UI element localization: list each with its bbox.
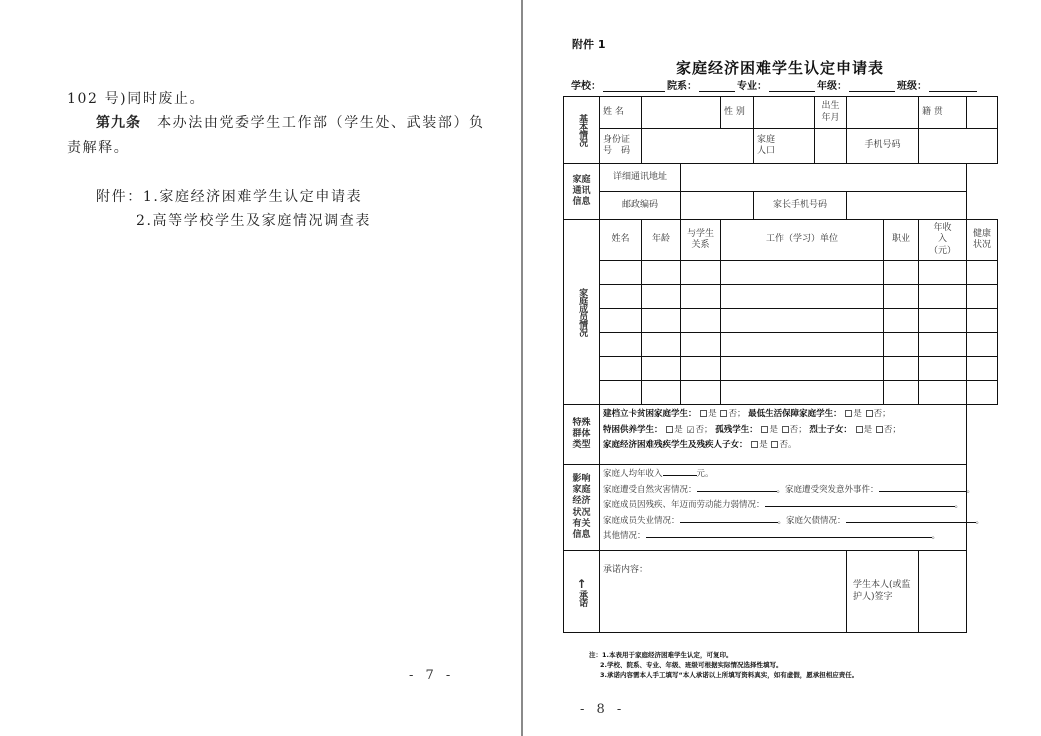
destitute-yes-checkbox[interactable] <box>666 426 673 433</box>
member-occupation-cell[interactable] <box>884 357 919 381</box>
member-relation-cell[interactable] <box>681 261 721 285</box>
member-occupation-cell[interactable] <box>884 381 919 405</box>
orphan-yes-checkbox[interactable] <box>761 426 768 433</box>
member-relation-cell[interactable] <box>681 357 721 381</box>
section-basic-info: 基本情况 <box>564 97 600 164</box>
page-number: - 7 - <box>409 668 454 683</box>
postcode-input[interactable] <box>681 192 754 220</box>
member-income-cell[interactable] <box>919 381 967 405</box>
section-economic-factors: 影响 家庭 经济 状况 有关 信息 <box>564 465 600 551</box>
member-occupation-cell[interactable] <box>884 261 919 285</box>
martyr-no-checkbox[interactable] <box>876 426 883 433</box>
member-age-cell[interactable] <box>642 333 681 357</box>
article-text: 本办法由党委学生工作部（学生处、武装部）负 <box>157 115 485 131</box>
major-input[interactable] <box>769 81 815 92</box>
member-relation-cell[interactable] <box>681 285 721 309</box>
member-occupation-cell[interactable] <box>884 309 919 333</box>
low-income-no-checkbox[interactable] <box>866 410 873 417</box>
member-health-cell[interactable] <box>967 261 998 285</box>
page-number: - 8 - <box>580 702 625 717</box>
member-name-cell[interactable] <box>600 381 642 405</box>
member-relation-cell[interactable] <box>681 309 721 333</box>
other-input[interactable] <box>646 529 932 538</box>
parent-phone-label: 家长手机号码 <box>754 192 847 220</box>
debt-input[interactable] <box>846 514 976 523</box>
col-workplace: 工作（学习）单位 <box>721 220 884 261</box>
signature-input[interactable] <box>919 551 967 633</box>
disability-input[interactable] <box>765 498 955 507</box>
birthdate-label: 出生年月 <box>815 97 847 129</box>
member-health-cell[interactable] <box>967 381 998 405</box>
member-workplace-cell[interactable] <box>721 357 884 381</box>
form-title: 家庭经济困难学生认定申请表 <box>563 57 997 78</box>
attachment-label: 附件 1 <box>572 36 605 52</box>
member-age-cell[interactable] <box>642 309 681 333</box>
member-health-cell[interactable] <box>967 333 998 357</box>
member-workplace-cell[interactable] <box>721 333 884 357</box>
household-label: 家庭 人口 <box>754 129 815 164</box>
application-form-table: 基本情况 姓 名 性 别 出生年月 籍 贯 身份证 号 码 家庭 人口 手机号码… <box>563 96 998 633</box>
phone-label: 手机号码 <box>847 129 919 164</box>
parent-phone-input[interactable] <box>847 192 967 220</box>
name-label: 姓 名 <box>600 97 642 129</box>
member-workplace-cell[interactable] <box>721 381 884 405</box>
member-relation-cell[interactable] <box>681 333 721 357</box>
article-nine: 第九条 本办法由党委学生工作部（学生处、武装部）负 <box>96 112 485 132</box>
grade-label: 年级： <box>817 77 847 92</box>
address-label: 详细通讯地址 <box>600 164 681 192</box>
paragraph-line: 责解释。 <box>67 137 129 157</box>
destitute-no-checkbox[interactable]: ☑ <box>686 428 694 435</box>
section-special-group: 特殊 群体 类型 <box>564 405 600 465</box>
article-label: 第九条 <box>96 115 141 131</box>
phone-input[interactable] <box>919 129 998 164</box>
natural-disaster-input[interactable] <box>697 483 777 492</box>
gender-label: 性 别 <box>721 97 754 129</box>
col-occupation: 职业 <box>884 220 919 261</box>
special-line-1: 建档立卡贫困家庭学生： 是 否； 最低生活保障家庭学生： 是 否； <box>603 407 963 423</box>
economic-factors-fields: 家庭人均年收入元。 家庭遭受自然灾害情况：。家庭遭受突发意外事件：。 家庭成员因… <box>600 465 967 551</box>
school-input[interactable] <box>603 81 665 92</box>
section-contact-info: 家庭 通讯 信息 <box>564 164 600 220</box>
signature-label: 学生本人(或监护人)签字 <box>847 551 919 633</box>
member-occupation-cell[interactable] <box>884 285 919 309</box>
table-row <box>564 333 998 357</box>
class-label: 班级： <box>897 77 927 92</box>
id-number-input[interactable] <box>642 129 754 164</box>
per-capita-income-input[interactable] <box>663 467 697 476</box>
paragraph-line: 102 号)同时废止。 <box>67 88 205 108</box>
gender-input[interactable] <box>754 97 815 129</box>
member-health-cell[interactable] <box>967 309 998 333</box>
member-workplace-cell[interactable] <box>721 261 884 285</box>
special-line-3: 家庭经济困难残疾学生及残疾人子女： 是 否。 <box>603 438 963 454</box>
member-income-cell[interactable] <box>919 333 967 357</box>
martyr-yes-checkbox[interactable] <box>856 426 863 433</box>
table-row <box>564 285 998 309</box>
member-age-cell[interactable] <box>642 261 681 285</box>
special-group-options: 建档立卡贫困家庭学生： 是 否； 最低生活保障家庭学生： 是 否； 特困供养学生… <box>600 405 967 465</box>
postcode-label: 邮政编码 <box>600 192 681 220</box>
unemployment-input[interactable] <box>680 514 778 523</box>
table-row <box>564 357 998 381</box>
member-name-cell[interactable] <box>600 285 642 309</box>
hometown-input[interactable] <box>967 97 998 129</box>
member-health-cell[interactable] <box>967 357 998 381</box>
member-name-cell[interactable] <box>600 333 642 357</box>
special-line-2: 特困供养学生： 是 ☑否； 孤残学生： 是 否； 烈士子女： 是 否； <box>603 423 963 439</box>
section-family-members: 家庭成员情况 <box>564 220 600 405</box>
member-workplace-cell[interactable] <box>721 309 884 333</box>
member-name-cell[interactable] <box>600 261 642 285</box>
member-age-cell[interactable] <box>642 381 681 405</box>
orphan-no-checkbox[interactable] <box>782 426 789 433</box>
table-row <box>564 381 998 405</box>
member-name-cell[interactable] <box>600 309 642 333</box>
accident-input[interactable] <box>879 483 967 492</box>
disabled-no-checkbox[interactable] <box>771 441 778 448</box>
class-input[interactable] <box>929 81 977 92</box>
col-age: 年龄 <box>642 220 681 261</box>
school-info-row: 学校： 院系： 专业： 年级： 班级： <box>571 77 979 92</box>
address-input[interactable] <box>681 164 967 192</box>
attachments-line-1: 附件：1.家庭经济困难学生认定申请表 <box>96 186 362 206</box>
attachments-label: 附件： <box>96 189 143 205</box>
member-occupation-cell[interactable] <box>884 333 919 357</box>
member-relation-cell[interactable] <box>681 381 721 405</box>
col-relation: 与学生 关系 <box>681 220 721 261</box>
member-name-cell[interactable] <box>600 357 642 381</box>
table-row <box>564 261 998 285</box>
member-age-cell[interactable] <box>642 285 681 309</box>
grade-input[interactable] <box>849 81 895 92</box>
disabled-yes-checkbox[interactable] <box>751 441 758 448</box>
department-input[interactable] <box>699 81 735 92</box>
arrow-up-icon: ↑ <box>567 578 596 590</box>
name-input[interactable] <box>642 97 721 129</box>
attachment-item: 2.高等学校学生及家庭情况调查表 <box>136 210 371 230</box>
poverty-yes-checkbox[interactable] <box>700 410 707 417</box>
birthdate-input[interactable] <box>847 97 919 129</box>
low-income-yes-checkbox[interactable] <box>845 410 852 417</box>
member-health-cell[interactable] <box>967 285 998 309</box>
member-workplace-cell[interactable] <box>721 285 884 309</box>
left-page: 102 号)同时废止。 第九条 本办法由党委学生工作部（学生处、武装部）负 责解… <box>0 0 522 736</box>
department-label: 院系： <box>667 77 697 92</box>
major-label: 专业： <box>737 77 767 92</box>
col-income: 年收 入 （元） <box>919 220 967 261</box>
household-input[interactable] <box>815 129 847 164</box>
member-income-cell[interactable] <box>919 285 967 309</box>
attachment-item: 1.家庭经济困难学生认定申请表 <box>143 189 362 205</box>
member-income-cell[interactable] <box>919 261 967 285</box>
member-income-cell[interactable] <box>919 309 967 333</box>
col-health: 健康状况 <box>967 220 998 261</box>
col-name: 姓名 <box>600 220 642 261</box>
section-pledge: ↑ 承诺 <box>564 551 600 633</box>
poverty-no-checkbox[interactable] <box>720 410 727 417</box>
school-label: 学校： <box>571 77 601 92</box>
hometown-label: 籍 贯 <box>919 97 967 129</box>
pledge-content-field[interactable]: 承诺内容： <box>600 551 847 633</box>
member-income-cell[interactable] <box>919 357 967 381</box>
member-age-cell[interactable] <box>642 357 681 381</box>
form-notes: 注：1.本表用于家庭经济困难学生认定，可复印。 2.学校、院系、专业、年级、班级… <box>589 650 858 680</box>
table-row <box>564 309 998 333</box>
id-number-label: 身份证 号 码 <box>600 129 642 164</box>
